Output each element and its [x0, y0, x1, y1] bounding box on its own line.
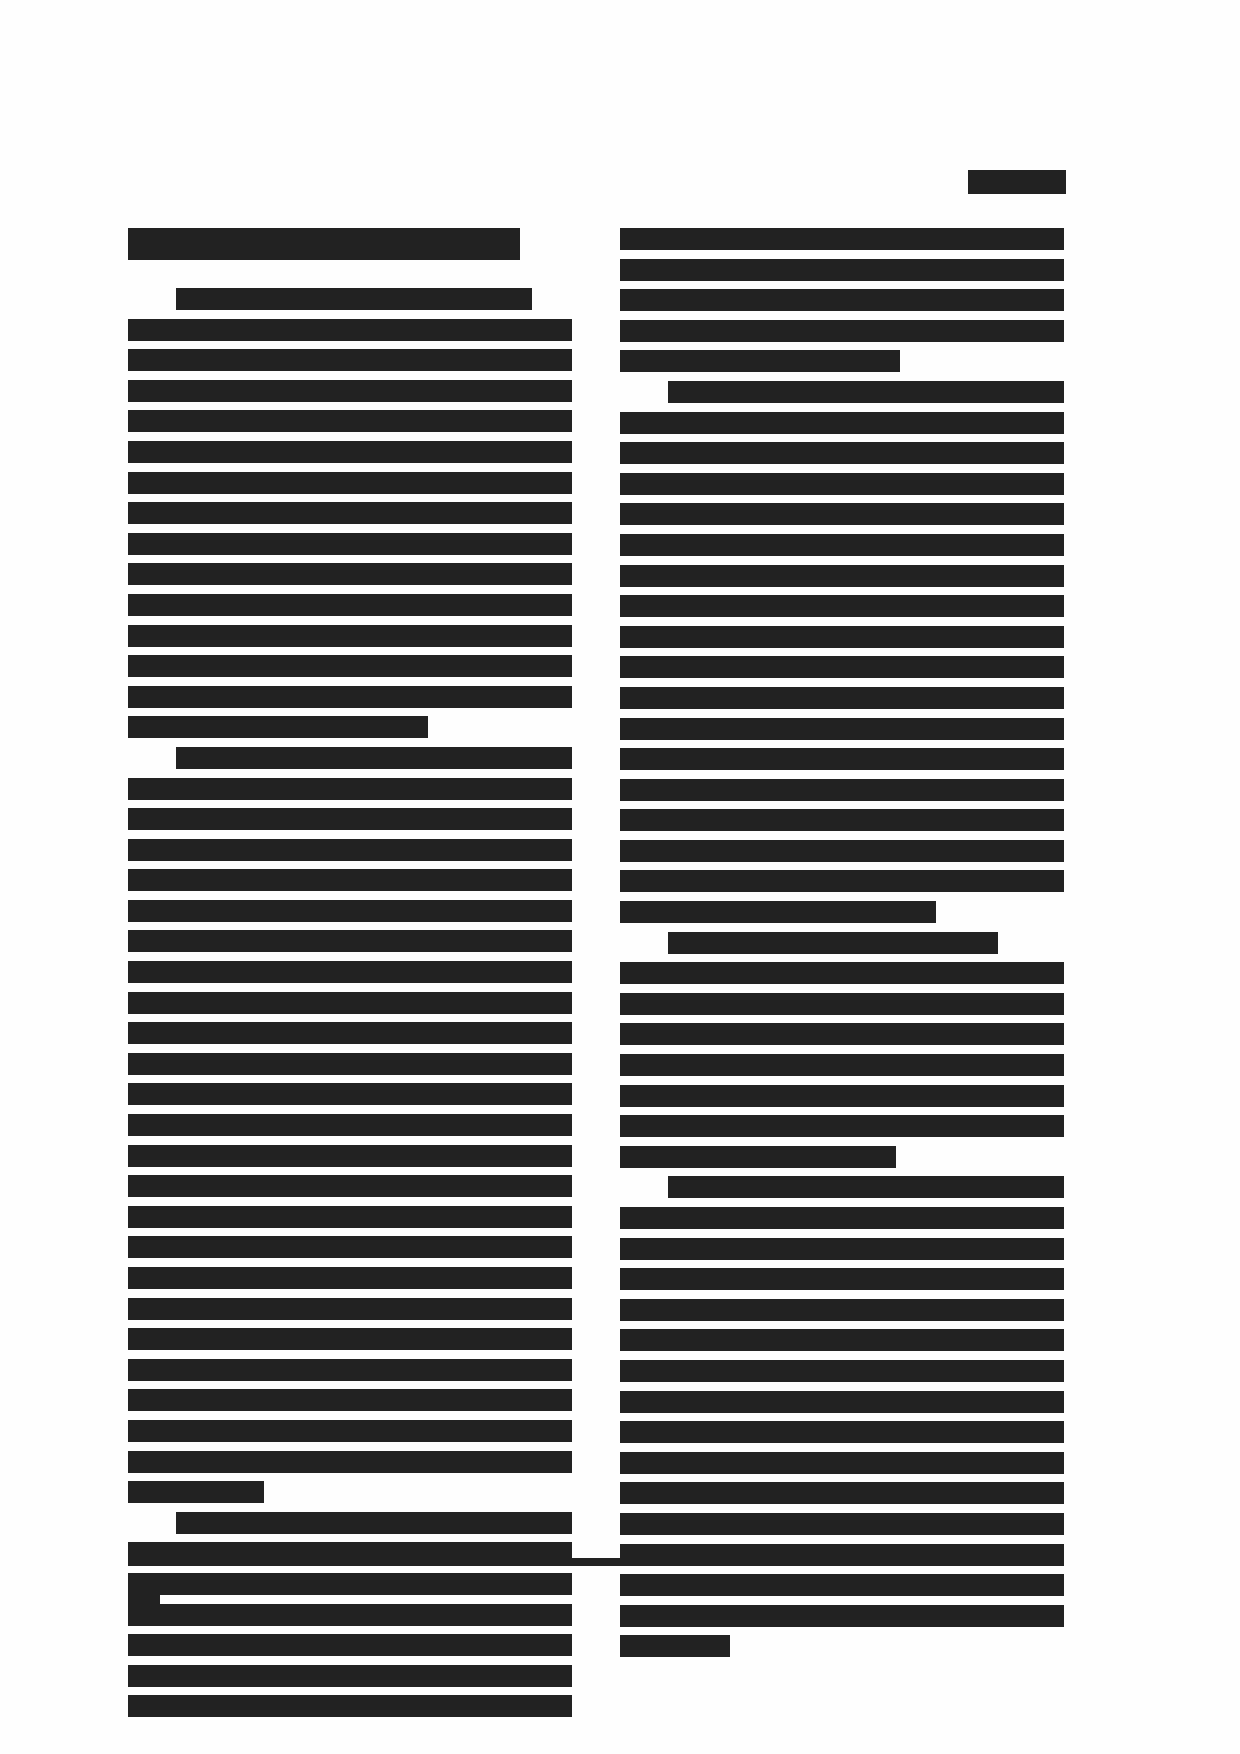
text-line	[128, 533, 572, 555]
text-line	[128, 716, 428, 738]
text-line	[620, 1635, 730, 1657]
text-line	[620, 1421, 1064, 1443]
text-line	[128, 900, 572, 922]
text-line	[620, 1391, 1064, 1413]
page-number	[128, 1584, 160, 1608]
text-line	[620, 1605, 1064, 1627]
text-line	[620, 1023, 1064, 1045]
text-line	[128, 319, 572, 341]
text-line	[128, 1665, 572, 1687]
text-line	[620, 259, 1064, 281]
text-line	[128, 380, 572, 402]
text-line	[620, 1268, 1064, 1290]
text-line	[620, 320, 1064, 342]
text-line	[128, 1298, 572, 1320]
text-line	[128, 1481, 264, 1503]
text-line	[620, 1085, 1064, 1107]
text-line	[620, 1329, 1064, 1351]
text-line	[668, 1176, 1064, 1198]
text-line	[128, 1114, 572, 1136]
text-line	[128, 1573, 572, 1595]
text-line	[128, 625, 572, 647]
text-line	[128, 1053, 572, 1075]
text-line	[620, 626, 1064, 648]
text-line	[128, 1267, 572, 1289]
text-line	[620, 442, 1064, 464]
text-line	[620, 473, 1064, 495]
text-line	[620, 1513, 1064, 1535]
text-line	[620, 350, 900, 372]
text-line	[128, 1236, 572, 1258]
text-line	[128, 1175, 572, 1197]
text-line	[620, 503, 1064, 525]
text-line	[620, 1115, 1064, 1137]
text-line	[620, 870, 1064, 892]
text-line	[620, 718, 1064, 740]
text-line	[620, 993, 1064, 1015]
text-line	[128, 1206, 572, 1228]
text-line	[620, 656, 1064, 678]
text-line	[620, 840, 1064, 862]
text-line	[620, 1054, 1064, 1076]
text-line	[128, 1451, 572, 1473]
text-line	[668, 932, 998, 954]
text-line	[128, 1083, 572, 1105]
text-line	[620, 534, 1064, 556]
text-line	[620, 1299, 1064, 1321]
text-line	[128, 1420, 572, 1442]
text-line	[128, 839, 572, 861]
text-line	[128, 441, 572, 463]
text-line	[128, 563, 572, 585]
text-line	[620, 595, 1064, 617]
text-line	[128, 1359, 572, 1381]
text-line	[620, 289, 1064, 311]
text-line	[128, 349, 572, 371]
text-line	[620, 779, 1064, 801]
text-line	[128, 1145, 572, 1167]
text-line	[620, 1238, 1064, 1260]
text-line	[128, 1604, 572, 1626]
text-line	[128, 1634, 572, 1656]
right-column	[620, 228, 1064, 1666]
text-line	[620, 962, 1064, 984]
text-line	[128, 686, 572, 708]
text-line	[620, 1146, 896, 1168]
text-line	[128, 1022, 572, 1044]
text-line	[620, 565, 1064, 587]
text-line	[620, 809, 1064, 831]
text-line	[128, 594, 572, 616]
text-line	[128, 410, 572, 432]
text-line	[668, 381, 1064, 403]
text-line	[620, 1574, 1064, 1596]
text-line	[128, 1695, 572, 1717]
text-line	[128, 808, 572, 830]
text-line	[620, 1207, 1064, 1229]
left-column	[128, 228, 572, 1726]
text-line	[128, 655, 572, 677]
text-line	[128, 1328, 572, 1350]
text-line	[128, 472, 572, 494]
footer-rule	[128, 1558, 1064, 1566]
text-line	[620, 1482, 1064, 1504]
text-line	[128, 502, 572, 524]
text-line	[128, 961, 572, 983]
text-line	[620, 1452, 1064, 1474]
text-line	[620, 687, 1064, 709]
running-header	[968, 170, 1066, 194]
section-heading	[128, 228, 520, 260]
text-line	[128, 992, 572, 1014]
text-line	[176, 1512, 572, 1534]
text-line	[620, 228, 1064, 250]
text-line	[128, 930, 572, 952]
text-line	[176, 288, 532, 310]
text-line	[620, 1360, 1064, 1382]
text-line	[176, 747, 572, 769]
text-line	[620, 412, 1064, 434]
text-line	[620, 901, 936, 923]
text-line	[128, 869, 572, 891]
document-page: illegible — all glyphs rendered as solid…	[0, 0, 1240, 1754]
text-line	[128, 778, 572, 800]
text-line	[128, 1389, 572, 1411]
text-line	[620, 748, 1064, 770]
